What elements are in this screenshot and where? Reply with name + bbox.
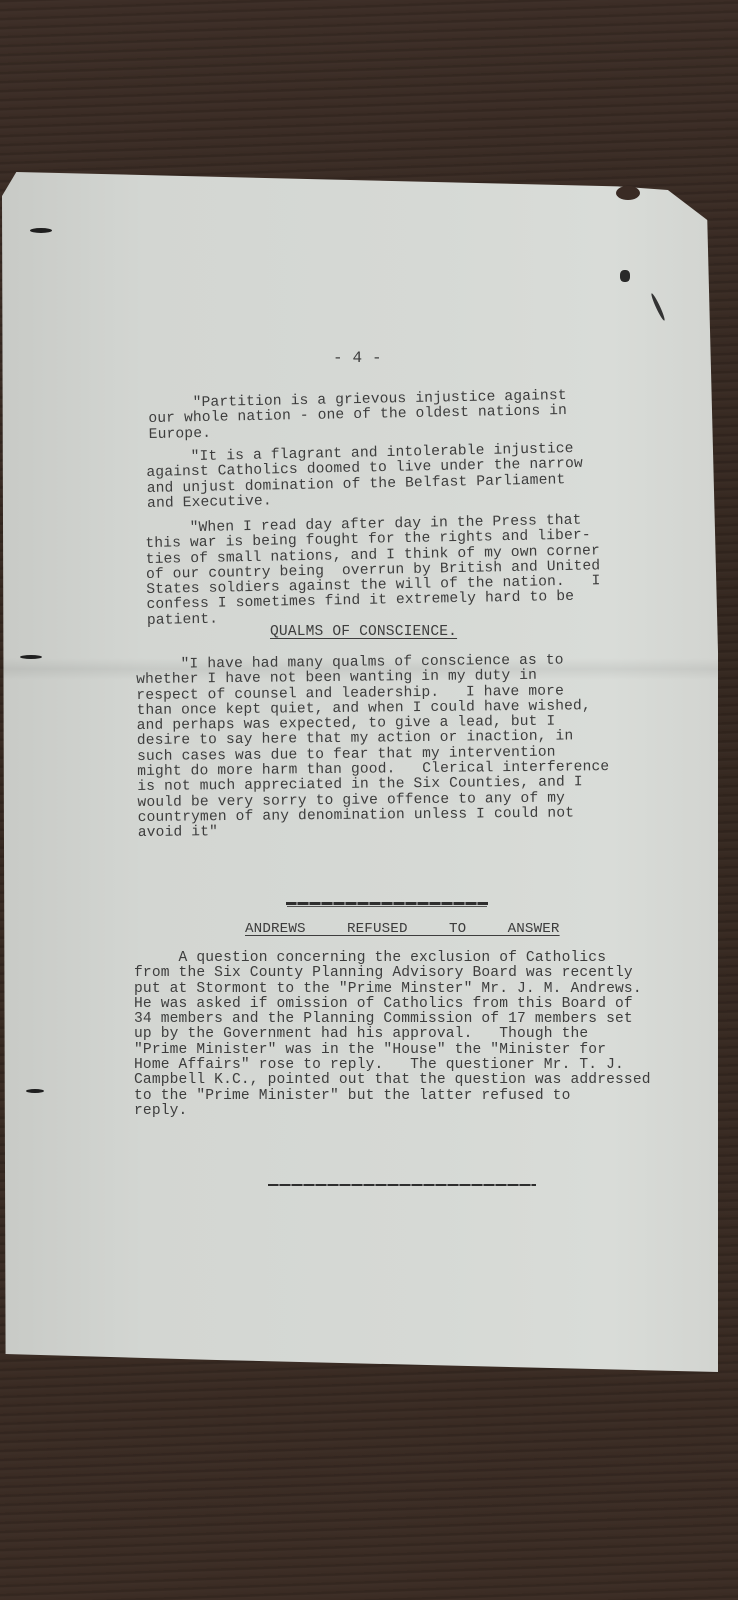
quote-paragraph-injustice: "It is a flagrant and intolerable injust… [146,442,584,512]
body-paragraph-andrews: A question concerning the exclusion of C… [134,951,651,1119]
punch-hole [616,186,640,200]
page-number: - 4 - [333,351,382,366]
section-divider [268,1184,536,1186]
section-heading-andrews: ANDREWS REFUSED TO ANSWER [245,922,560,937]
staple-mark-icon [620,270,630,282]
margin-mark [30,228,52,233]
quote-paragraph-war: "When I read day after day in the Press … [145,513,601,629]
quote-paragraph-qualms: "I have had many qualms of conscience as… [136,653,610,841]
section-heading-qualms: QUALMS OF CONSCIENCE. [270,625,457,640]
margin-mark [20,655,42,659]
margin-mark [26,1089,44,1093]
quote-paragraph-partition: "Partition is a grievous injustice again… [148,389,567,443]
section-divider [286,902,488,905]
